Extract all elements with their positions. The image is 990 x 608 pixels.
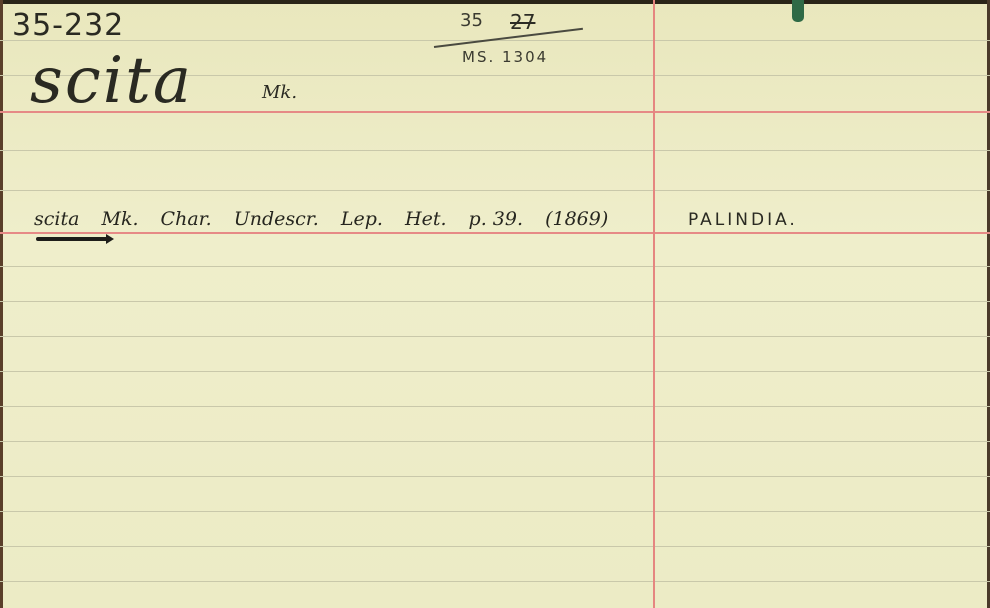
reference-fraction: 35 27 MS. 1304 [430, 8, 590, 70]
ruled-line [0, 371, 990, 372]
entry-locality: PALINDIA. [688, 210, 798, 230]
ruled-line [0, 511, 990, 512]
ruled-line [0, 406, 990, 407]
ruled-line [0, 301, 990, 302]
ruled-line [0, 336, 990, 337]
underline-arrow [36, 237, 108, 241]
ruled-line [0, 190, 990, 191]
citation-entry: scita Mk. Char. Undescr. Lep. Het. p. 39… [34, 208, 624, 230]
red-entry-line [0, 232, 990, 234]
red-margin-line [653, 0, 655, 608]
species-name-heading: scita [30, 44, 193, 118]
entry-word: Char. [161, 208, 212, 230]
entry-word: Het. [405, 208, 447, 230]
fraction-top-number: 35 [460, 10, 483, 31]
card-left-edge [0, 0, 3, 608]
entry-year: (1869) [545, 208, 608, 230]
entry-word: Undescr. [234, 208, 319, 230]
catalog-number: 35-232 [12, 8, 124, 43]
fraction-struck-number: 27 [510, 10, 535, 34]
ruled-line [0, 441, 990, 442]
ruled-line [0, 581, 990, 582]
ruled-line [0, 546, 990, 547]
entry-page: p. 39. [469, 208, 523, 230]
ruled-line [0, 266, 990, 267]
ruled-line [0, 476, 990, 477]
green-index-tab [792, 0, 804, 22]
fraction-bottom-text: MS. 1304 [462, 48, 548, 66]
fraction-line [434, 28, 583, 48]
index-card: 35-232 scita Mk. 35 27 MS. 1304 scita Mk… [0, 0, 990, 608]
ruled-line [0, 150, 990, 151]
entry-name: scita [34, 208, 79, 230]
entry-author: Mk. [101, 208, 138, 230]
card-top-edge [0, 0, 990, 4]
author-abbrev: Mk. [262, 82, 297, 103]
entry-word: Lep. [341, 208, 383, 230]
